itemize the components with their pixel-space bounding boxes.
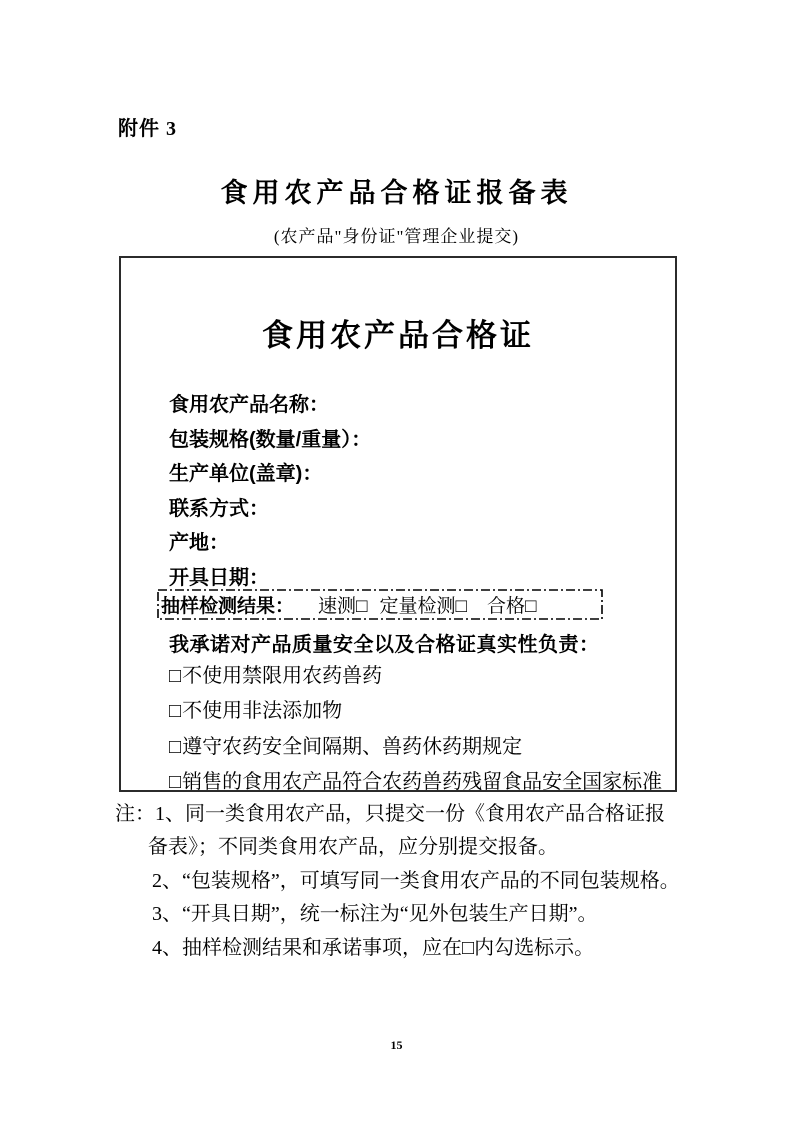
commitment-item-residue-standards: □销售的食用农产品符合农药兽药残留食品安全国家标准 (169, 765, 662, 800)
note-4-text: 抽样检测结果和承诺事项，应在□内勾选标示。 (182, 937, 594, 959)
no-banned-pesticides-checkbox[interactable]: □ (169, 665, 181, 687)
commitment-item-no-illegal-additives: □不使用非法添加物 (169, 694, 662, 729)
option-qualified-label: 合格 (487, 596, 525, 617)
quantitative-test-checkbox[interactable]: □ (456, 596, 467, 617)
note-2-text: “包装规格”，可填写同一类食用农产品的不同包装规格。 (182, 870, 680, 892)
page-number: 15 (0, 1038, 793, 1053)
note-1-text: 同一类食用农产品，只提交一份《食用农产品合格证报 (185, 803, 665, 825)
rapid-test-checkbox[interactable]: □ (356, 596, 367, 617)
field-producer-seal: 生产单位(盖章)： (169, 457, 371, 492)
note-line-2: 2、“包装规格”，可填写同一类食用农产品的不同包装规格。 (152, 865, 700, 898)
note-3-number: 3、 (152, 903, 182, 925)
commitment-item-text: 遵守农药安全间隔期、兽药休药期规定 (182, 736, 522, 758)
sampling-result-row: 抽样检测结果： 速测□ 定量检测□ 合格□ (157, 589, 603, 620)
certificate-box: 食用农产品合格证 食用农产品名称： 包装规格(数量/重量）： 生产单位(盖章)：… (119, 256, 677, 792)
no-illegal-additives-checkbox[interactable]: □ (169, 700, 181, 722)
note-line-4: 4、抽样检测结果和承诺事项，应在□内勾选标示。 (152, 932, 700, 965)
commitment-item-text: 不使用非法添加物 (182, 700, 342, 722)
note-4-number: 4、 (152, 937, 182, 959)
commitment-item-text: 销售的食用农产品符合农药兽药残留食品安全国家标准 (182, 771, 662, 793)
document-title: 食用农产品合格证报备表 (0, 171, 793, 210)
option-qualified: 合格□ (487, 591, 537, 618)
field-package-spec: 包装规格(数量/重量）： (169, 423, 371, 458)
option-rapid-test-label: 速测 (318, 596, 356, 617)
commitment-item-text: 不使用禁限用农药兽药 (182, 665, 382, 687)
attachment-label: 附件 3 (118, 112, 177, 141)
option-quantitative-test-label: 定量检测 (380, 596, 456, 617)
field-product-name: 食用农产品名称： (169, 388, 371, 423)
note-1-continuation-text: 备表》；不同类食用农产品，应分别提交报备。 (148, 836, 558, 858)
qualified-checkbox[interactable]: □ (525, 596, 536, 617)
sampling-result-label: 抽样检测结果： (161, 591, 294, 618)
document-subtitle: (农产品"身份证"管理企业提交) (0, 222, 793, 247)
note-line-3: 3、“开具日期”，统一标注为“见外包装生产日期”。 (152, 898, 700, 931)
note-2-number: 2、 (152, 870, 182, 892)
option-rapid-test: 速测□ (318, 591, 368, 618)
commitment-items: □不使用禁限用农药兽药 □不使用非法添加物 □遵守农药安全间隔期、兽药休药期规定… (169, 659, 662, 801)
withdrawal-periods-checkbox[interactable]: □ (169, 736, 181, 758)
commitment-item-withdrawal-periods: □遵守农药安全间隔期、兽药休药期规定 (169, 730, 662, 765)
residue-standards-checkbox[interactable]: □ (169, 771, 181, 793)
note-line-1-continuation: 备表》；不同类食用农产品，应分别提交报备。 (148, 831, 700, 864)
note-line-1: 注：1、同一类食用农产品，只提交一份《食用农产品合格证报 (115, 798, 700, 831)
field-contact: 联系方式： (169, 492, 371, 527)
notes-section: 注：1、同一类食用农产品，只提交一份《食用农产品合格证报 备表》；不同类食用农产… (115, 798, 700, 965)
field-origin: 产地： (169, 526, 371, 561)
notes-prefix: 注： (115, 803, 155, 825)
certificate-heading: 食用农产品合格证 (121, 310, 675, 355)
note-1-number: 1、 (155, 803, 185, 825)
commitment-heading: 我承诺对产品质量安全以及合格证真实性负责： (169, 628, 600, 657)
document-page: 附件 3 食用农产品合格证报备表 (农产品"身份证"管理企业提交) 食用农产品合… (0, 0, 793, 1122)
option-quantitative-test: 定量检测□ (380, 591, 468, 618)
commitment-item-no-banned-pesticides: □不使用禁限用农药兽药 (169, 659, 662, 694)
note-3-text: “开具日期”，统一标注为“见外包装生产日期”。 (182, 903, 598, 925)
certificate-fields: 食用农产品名称： 包装规格(数量/重量）： 生产单位(盖章)： 联系方式： 产地… (169, 388, 371, 596)
